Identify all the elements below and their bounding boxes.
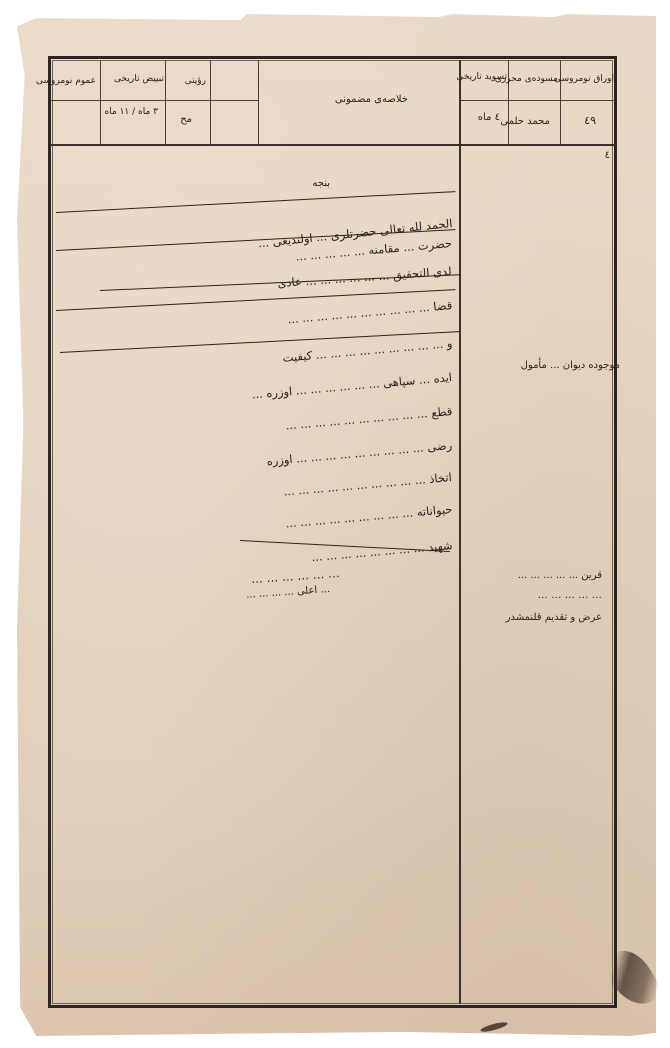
margin-page-mark: ٤ — [605, 150, 610, 161]
header-bottom-rule — [50, 144, 616, 146]
header-split-right — [459, 100, 615, 101]
header-label-document-number: اوراق نومروسی — [554, 74, 614, 84]
header-label-general-number: عموم نومروسی — [36, 76, 96, 86]
header-value-review: مح — [180, 114, 192, 125]
header-split-left — [50, 100, 258, 101]
header-divider-2 — [165, 60, 166, 144]
document-frame-inner — [52, 60, 613, 1004]
header-value-draft-date: ٤ ماه — [478, 112, 500, 123]
header-divider-7 — [560, 60, 561, 144]
header-value-document-number: ٤٩ — [584, 114, 596, 127]
header-label-draft-date: تسوید تاریخی — [456, 72, 507, 82]
header-divider-3 — [210, 60, 211, 144]
margin-note-1: موجوده دیوان ... مأمول — [521, 360, 620, 371]
body-opening: بنجه — [312, 178, 330, 189]
margin-note-2: قرین ... ... ... ... ... — [518, 570, 602, 581]
header-subject: خلاصه‌ی مضمونی — [335, 94, 408, 105]
header-label-review: رؤیتی — [185, 76, 206, 86]
margin-note-3: ... ... ... ... ... — [538, 590, 602, 601]
header-value-drafter: محمد حلمی — [500, 116, 550, 127]
header-value-fair-copy-date: ٣ ماه / ١١ ماه — [98, 104, 158, 120]
header-divider-1 — [100, 60, 101, 144]
margin-column-divider — [459, 60, 461, 1004]
header-label-fair-copy-date: تبییض تاریخی — [114, 74, 164, 84]
margin-note-4: عرض و تقدیم قلنمشدر — [506, 612, 602, 623]
header-divider-6 — [508, 60, 509, 144]
header-divider-4 — [258, 60, 259, 144]
